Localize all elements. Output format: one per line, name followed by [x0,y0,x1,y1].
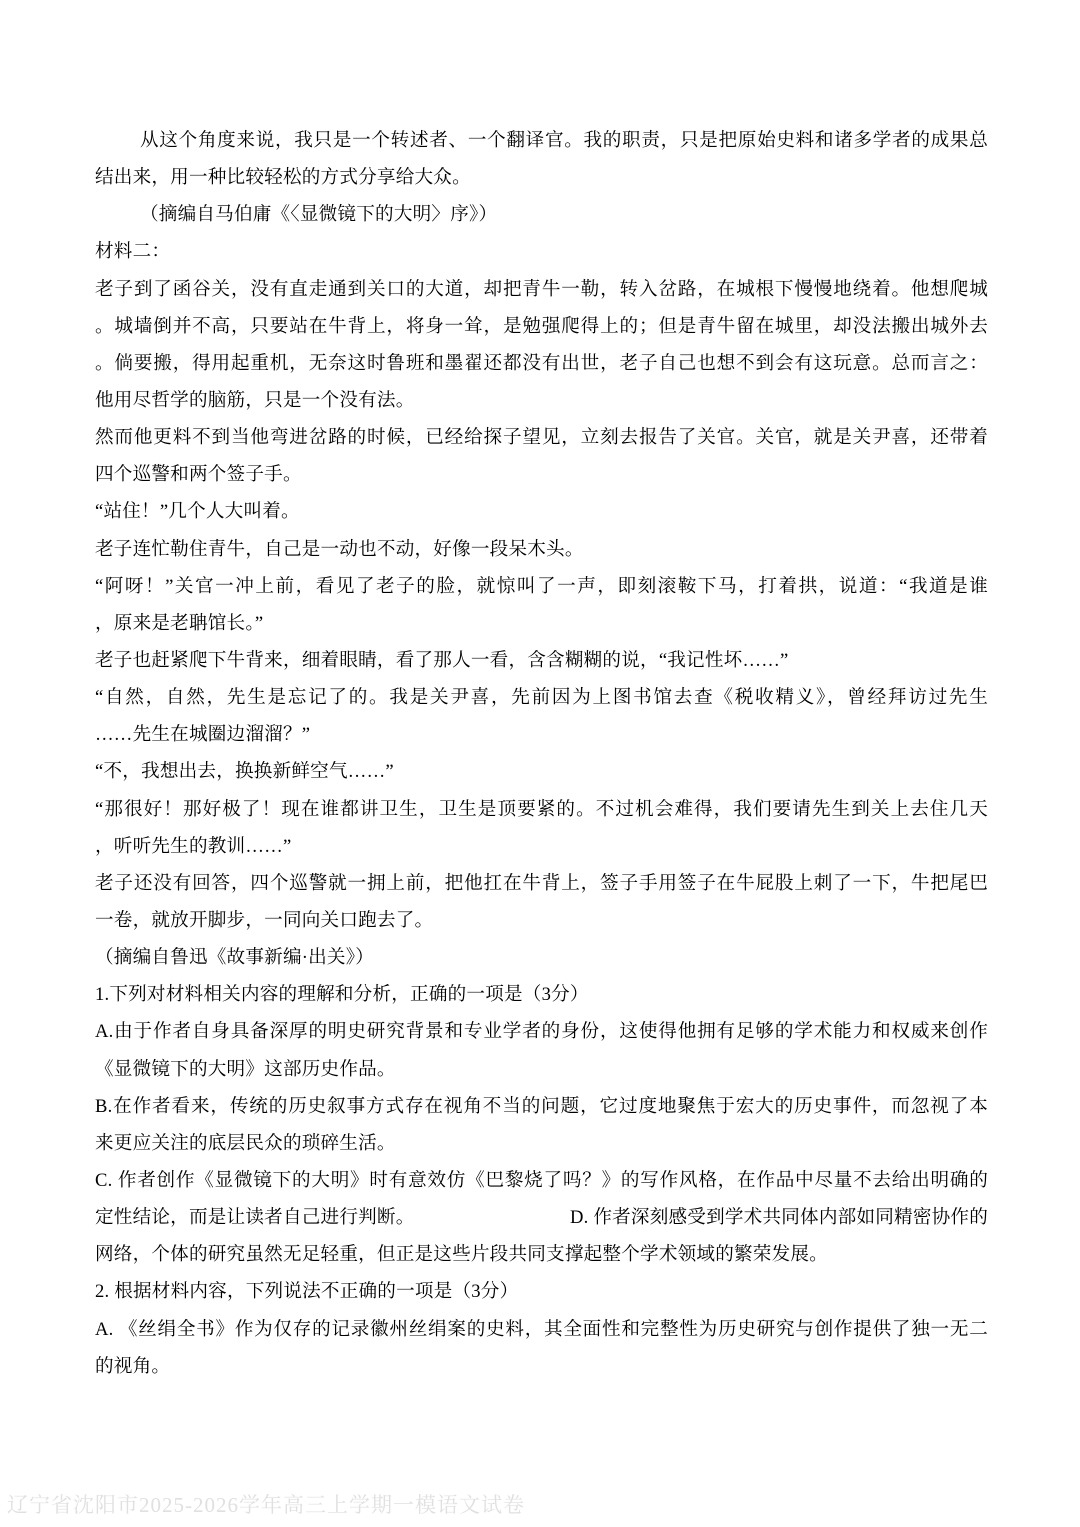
question-1-option-c-d-line: 定性结论，而是让读者自己进行判断。 D. 作者深刻感受到学术共同体内部如同精密协… [95,1199,988,1236]
footer-watermark: 辽宁省沈阳市2025-2026学年高三上学期一模语文试卷 [7,1490,525,1520]
paragraph-line: 一卷，就放开脚步，一同向关口跑去了。 [95,902,988,939]
option-c-end: 定性结论，而是让读者自己进行判断。 [95,1199,415,1236]
source-attribution: （摘编自马伯庸《〈显微镜下的大明〉序》） [95,196,988,233]
paragraph-line: 老子还没有回答，四个巡警就一拥上前，把他扛在牛背上，签子手用签子在牛屁股上刺了一… [95,865,988,902]
source-attribution: （摘编自鲁迅《故事新编·出关》） [95,939,988,976]
question-1-option-b: B.在作者看来，传统的历史叙事方式存在视角不当的问题，它过度地聚焦于宏大的历史事… [95,1088,988,1125]
paragraph-line: 。城墙倒并不高，只要站在牛背上，将身一耸，是勉强爬得上的；但是青牛留在城里，却没… [95,308,988,345]
dialogue-line: “站住！”几个人大叫着。 [95,493,988,530]
question-1-option-b-cont: 来更应关注的底层民众的琐碎生活。 [95,1125,988,1162]
paragraph-line: 。倘要搬，得用起重机，无奈这时鲁班和墨翟还都没有出世，老子自己也想不到会有这玩意… [95,345,988,382]
question-1-option-d: D. 作者深刻感受到学术共同体内部如同精密协作的 [570,1199,988,1236]
paragraph-line: 老子连忙勒住青牛，自己是一动也不动，好像一段呆木头。 [95,531,988,568]
dialogue-line: ，原来是老聃馆长。” [95,605,988,642]
dialogue-line: “不，我想出去，换换新鲜空气……” [95,753,988,790]
question-2-option-a-cont: 的视角。 [95,1348,988,1385]
paragraph-line: 结出来，用一种比较轻松的方式分享给大众。 [95,159,988,196]
exam-text-block: 从这个角度来说，我只是一个转述者、一个翻译官。我的职责，只是把原始史料和诸多学者… [95,122,988,1385]
paragraph-line: 他用尽哲学的脑筋，只是一个没有法。 [95,382,988,419]
question-1-stem: 1.下列对材料相关内容的理解和分析，正确的一项是（3分） [95,976,988,1013]
question-2-option-a: A. 《丝绢全书》作为仅存的记录徽州丝绢案的史料，其全面性和完整性为历史研究与创… [95,1311,988,1348]
question-1-option-d-cont: 网络，个体的研究虽然无足轻重，但正是这些片段共同支撑起整个学术领域的繁荣发展。 [95,1236,988,1273]
paragraph-line: 然而他更料不到当他弯进岔路的时候，已经给探子望见，立刻去报告了关官。关官，就是关… [95,419,988,456]
dialogue-line: “阿呀！”关官一冲上前，看见了老子的脸，就惊叫了一声，即刻滚鞍下马，打着拱，说道… [95,568,988,605]
question-1-option-a-cont: 《显微镜下的大明》这部历史作品。 [95,1051,988,1088]
material-two-heading: 材料二： [95,233,988,270]
question-1-option-a: A.由于作者自身具备深厚的明史研究背景和专业学者的身份，这使得他拥有足够的学术能… [95,1013,988,1050]
dialogue-line: “自然，自然，先生是忘记了的。我是关尹喜，先前因为上图书馆去查《税收精义》，曾经… [95,679,988,716]
dialogue-line: ，听听先生的教训……” [95,828,988,865]
paragraph-line: 老子到了函谷关，没有直走通到关口的大道，却把青牛一勒，转入岔路，在城根下慢慢地绕… [95,271,988,308]
paragraph-line: 四个巡警和两个签子手。 [95,456,988,493]
question-1-option-c: C. 作者创作《显微镜下的大明》时有意效仿《巴黎烧了吗？》的写作风格，在作品中尽… [95,1162,988,1199]
dialogue-line: “那很好！那好极了！现在谁都讲卫生，卫生是顶要紧的。不过机会难得，我们要请先生到… [95,791,988,828]
dialogue-line: ……先生在城圈边溜溜？” [95,716,988,753]
paragraph-line: 老子也赶紧爬下牛背来，细着眼睛，看了那人一看，含含糊糊的说，“我记性坏……” [95,642,988,679]
question-2-stem: 2. 根据材料内容，下列说法不正确的一项是（3分） [95,1273,988,1310]
paragraph-line: 从这个角度来说，我只是一个转述者、一个翻译官。我的职责，只是把原始史料和诸多学者… [95,122,988,159]
